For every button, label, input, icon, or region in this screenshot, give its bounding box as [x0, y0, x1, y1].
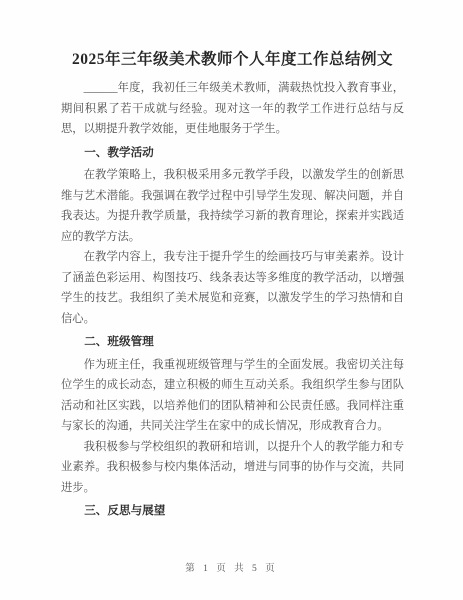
- document-page: 2025年三年级美术教师个人年度工作总结例文 ______年度，我初任三年级美术…: [0, 0, 463, 600]
- section-heading-1: 一、教学活动: [61, 143, 404, 164]
- section-heading-2: 二、班级管理: [61, 332, 404, 353]
- section-2-paragraph-2: 我积极参与学校组织的教研和培训，以提升个人的教学能力和专业素养。我积极参与校内集…: [61, 437, 404, 499]
- document-title: 2025年三年级美术教师个人年度工作总结例文: [61, 48, 404, 72]
- section-2-paragraph-1: 作为班主任，我重视班级管理与学生的全面发展。我密切关注每位学生的成长动态，建立积…: [61, 355, 404, 437]
- section-1-paragraph-2: 在教学内容上，我专注于提升学生的绘画技巧与审美素养。设计了涵盖色彩运用、构图技巧…: [61, 247, 404, 329]
- section-heading-3: 三、反思与展望: [61, 501, 404, 522]
- page-number-footer: 第 1 页 共 5 页: [0, 560, 463, 574]
- intro-paragraph: ______年度，我初任三年级美术教师，满载热忱投入教育事业，期间积累了若干成就…: [61, 78, 404, 140]
- section-1-paragraph-1: 在教学策略上，我积极采用多元教学手段，以激发学生的创新思维与艺术潜能。我强调在教…: [61, 165, 404, 247]
